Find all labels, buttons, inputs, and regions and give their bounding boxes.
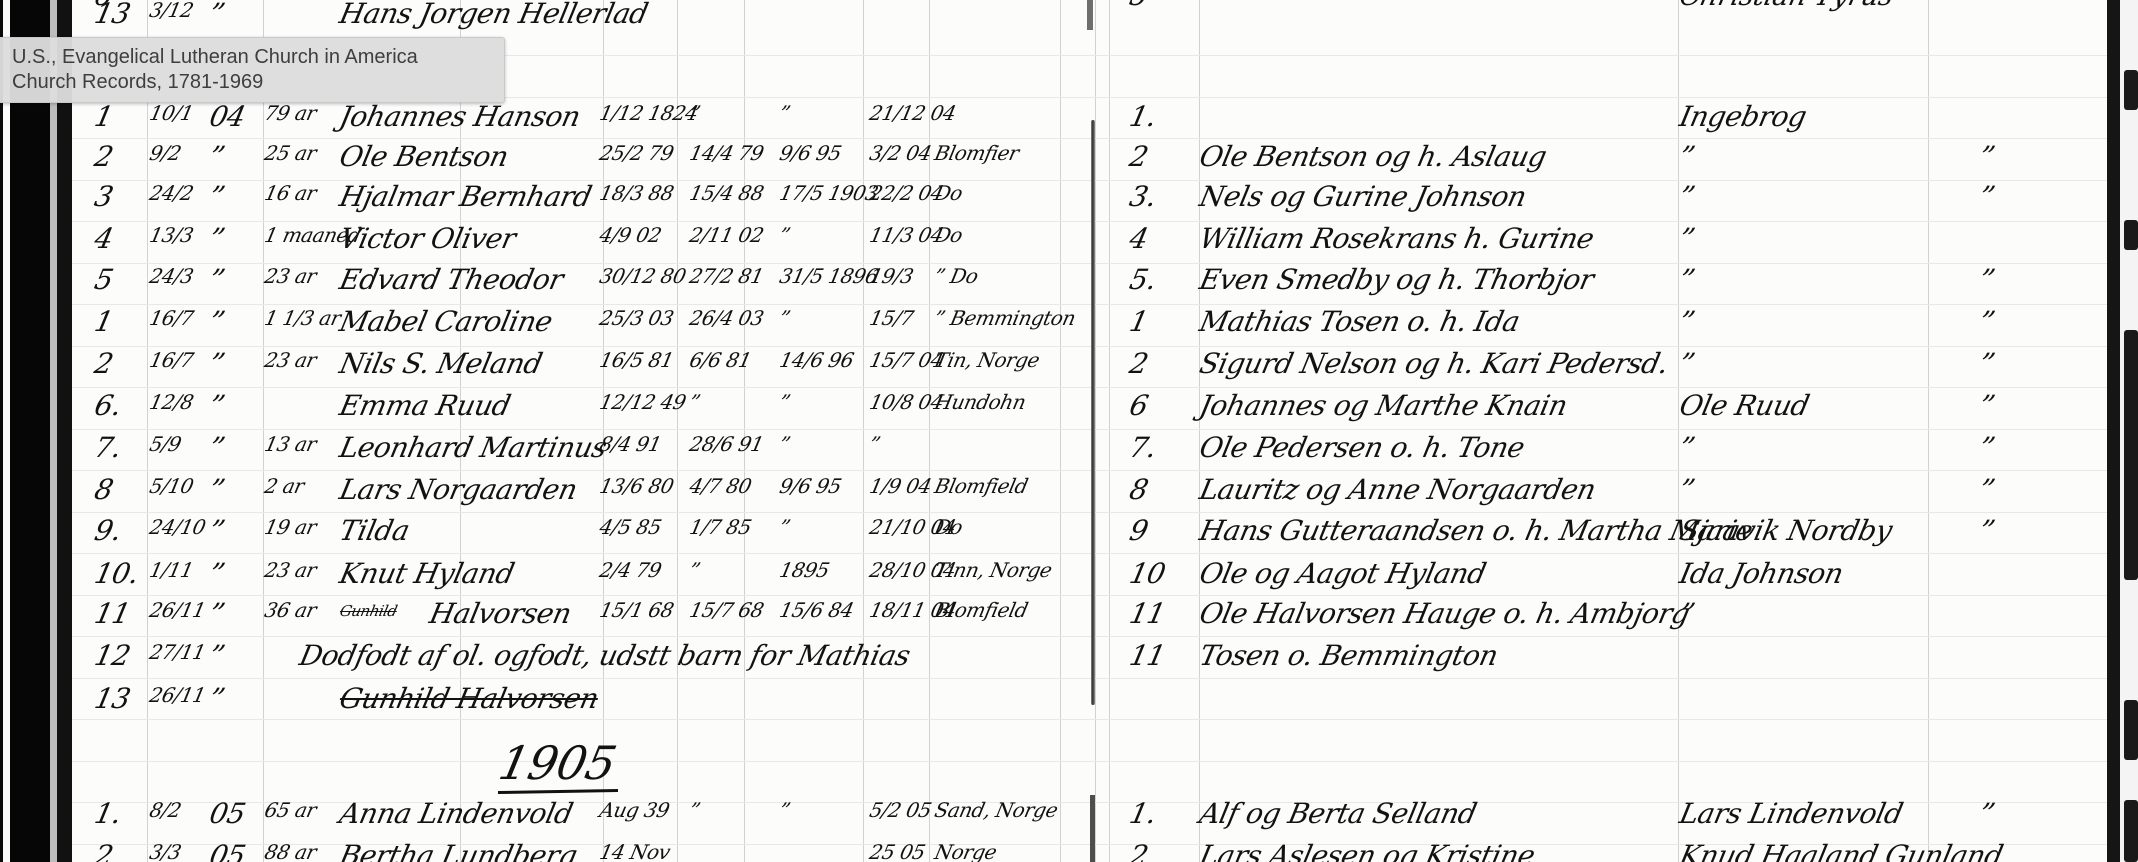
collection-tooltip: U.S., Evangelical Lutheran Church in Ame… [0,37,505,103]
entry-age: 79 ar [263,103,318,123]
column-rule [677,0,678,862]
entry-no: 1. [92,800,124,828]
entry-born: 14 Nov [598,842,672,862]
entry-bapt: 1/7 85 [688,517,753,537]
entry-date: 26/11 [148,685,207,705]
column-rule [863,0,864,862]
entry-sponsor: Ole Ruud [1677,392,1811,420]
entry-no: 13 [92,0,133,28]
entry-parents: Ole Bentson og h. Aslaug [1197,143,1549,171]
entry-sponsor: ” [1677,143,1697,171]
entry-no: 9. [92,517,124,545]
entry-age: 88 ar [263,842,318,862]
sponsor-name: Christian Tyrus [1677,0,1896,10]
entry-name: Knut Hyland [337,560,516,588]
entry-born: 8/4 91 [598,434,663,454]
entry-name: Dodfodt af ol. ogfodt, udstt barn for Ma… [297,642,912,670]
entry-mark: ” [1977,392,1997,420]
entry-rno: 2 [1127,143,1150,171]
entry-date: 24/2 [148,183,195,203]
entry-rno: 2 [1127,350,1150,378]
entry-yr: ” [207,476,227,504]
entry-name: Leonhard Martinus [337,434,609,462]
entry-name: Bertha Lundberg [337,842,579,862]
entry-no: 2 [92,350,115,378]
entry-age: 13 ar [263,434,318,454]
entry-yr: ” [207,0,227,28]
entry-conf: ” [778,800,792,820]
entry-place: Sand, Norge [933,800,1060,820]
entry-rno: 8 [1127,476,1150,504]
entry-parents: Mathias Tosen o. h. Ida [1197,308,1522,336]
entry-name: Anna Lindenvold [337,800,575,828]
entry-no: 4 [92,225,115,253]
entry-no: 11 [92,600,133,628]
entry-no: 3 [92,183,115,211]
entry-date: 12/8 [148,392,195,412]
entry-parents: Ole Halvorsen Hauge o. h. Ambjorg [1197,600,1692,628]
column-rule [1928,0,1929,862]
entry-bapt: ” [688,392,702,412]
entry-sponsor: Ida Johnson [1677,560,1845,588]
column-rule [929,0,930,862]
entry-mark: ” [1977,350,1997,378]
entry-place: Do [933,225,964,245]
entry-conf: 15/6 84 [778,600,855,620]
entry-name: Hjalmar Bernhard [337,183,594,211]
entry-date: 8/2 [148,800,183,820]
entry-date: 27/11 [148,642,207,662]
entry-death: 21/12 04 [868,103,958,123]
entry-name: Mabel Caroline [337,308,555,336]
entry-rno: 2 [1127,842,1150,862]
entry-age: 23 ar [263,350,318,370]
entry-parents: Tosen o. Bemmington [1197,642,1500,670]
entry-bapt: 15/7 68 [688,600,765,620]
entry-conf: 9/6 95 [778,143,843,163]
entry-death: 25 05 [868,842,927,862]
entry-sponsor: ” [1677,308,1697,336]
entry-parents: Sigurd Nelson og h. Kari Pedersd. [1197,350,1671,378]
entry-rno: 7. [1127,434,1159,462]
entry-no: 7. [92,434,124,462]
entry-sponsor: ” [1677,350,1697,378]
document-viewer[interactable]: 65Christian Tyrus110/10479 arJohannes Ha… [0,0,2138,862]
entry-no: 13 [92,685,133,713]
entry-yr: ” [207,517,227,545]
row-rule [72,387,2107,388]
entry-no: 1 [92,308,115,336]
entry-date: 5/9 [148,434,183,454]
entry-born: 25/3 03 [598,308,675,328]
entry-born: 15/1 68 [598,600,675,620]
entry-place: Tin, Norge [933,350,1041,370]
entry-rno: 10 [1127,560,1168,588]
entry-death: 19/3 [868,266,915,286]
entry-sponsor: Knud Haaland Gunland [1677,842,2005,862]
entry-age: 19 ar [263,517,318,537]
entry-conf: 1895 [778,560,831,580]
left-binding-edge [0,0,3,862]
row-rule [72,512,2107,513]
entry-age: 25 ar [263,143,318,163]
struck-name: Gunhild [338,604,398,619]
entry-name: Hans Jorgen Hellerlad [337,0,650,28]
entry-bapt: 26/4 03 [688,308,765,328]
entry-name: Nils S. Meland [337,350,544,378]
row-rule [72,470,2107,471]
entry-yr: ” [207,392,227,420]
entry-yr: ” [207,600,227,628]
entry-mark: ” [1977,434,1997,462]
entry-bapt: ” [688,560,702,580]
entry-date: 3/12 [148,0,195,20]
entry-bapt: 14/4 79 [688,143,765,163]
right-page-edge [2120,0,2138,862]
entry-no: 1 [92,103,115,131]
row-rule [72,138,2107,139]
entry-date: 9/2 [148,143,183,163]
column-rule [263,0,264,862]
entry-mark: ” [1977,517,1997,545]
entry-conf: 9/6 95 [778,476,843,496]
column-rule [1095,0,1096,862]
entry-born: 13/6 80 [598,476,675,496]
entry-age: 23 ar [263,560,318,580]
row-rule [72,429,2107,430]
entry-place: Blomfier [933,143,1021,163]
entry-born: 18/3 88 [598,183,675,203]
entry-place: Tinn, Norge [933,560,1054,580]
entry-conf: ” [778,517,792,537]
entry-date: 10/1 [148,103,195,123]
entry-mark: ” [1977,143,1997,171]
center-spine [1091,120,1095,705]
entry-name: Edvard Theodor [337,266,565,294]
column-rule [1199,0,1200,862]
entry-no: 12 [92,642,133,670]
entry-no: 10. [92,560,141,588]
row-rule [72,678,2107,679]
entry-no: 5 [92,266,115,294]
entry-mark: ” [1977,308,1997,336]
entry-place: Do [933,183,964,203]
entry-parents: Johannes og Marthe Knain [1197,392,1569,420]
entry-sponsor: ” [1677,225,1697,253]
center-spine-top [1087,0,1093,30]
entry-date: 26/11 [148,600,207,620]
entry-death: ” [868,434,882,454]
entry-place: Blomfield [933,600,1030,620]
entry-place: Blomfield [933,476,1030,496]
entry-place: ” Do [933,266,980,286]
register-number: 5 [1127,0,1150,10]
entry-place: Do [933,517,964,537]
entry-age: 16 ar [263,183,318,203]
entry-sponsor: Lars Lindenvold [1677,800,1905,828]
entry-rno: 1. [1127,800,1159,828]
entry-name: Ole Bentson [337,143,511,171]
entry-age: 65 ar [263,800,318,820]
entry-place: Hundohn [933,392,1028,412]
entry-bapt: 4/7 80 [688,476,753,496]
entry-rno: 6 [1127,392,1150,420]
entry-bapt: 15/4 88 [688,183,765,203]
entry-no: 8 [92,476,115,504]
row-rule [72,719,2107,720]
entry-date: 1/11 [148,560,195,580]
entry-born: 25/2 79 [598,143,675,163]
entry-death: 3/2 04 [868,143,933,163]
entry-yr: ” [207,308,227,336]
row-rule [72,761,2107,762]
entry-yr: ” [207,560,227,588]
entry-rno: 3. [1127,183,1159,211]
entry-parents: Ole Pedersen o. h. Tone [1197,434,1527,462]
row-rule [72,636,2107,637]
left-binding-gap [50,0,57,862]
entry-rno: 1. [1127,103,1159,131]
entry-parents: Nels og Gurine Johnson [1197,183,1529,211]
entry-born: 30/12 80 [598,266,688,286]
entry-born: 4/5 85 [598,517,663,537]
entry-born: 4/9 02 [598,225,663,245]
entry-date: 24/3 [148,266,195,286]
entry-no: 2 [92,143,115,171]
entry-name: Halvorsen [427,600,574,628]
column-rule [744,0,745,862]
entry-yr: ” [207,434,227,462]
entry-parents: Alf og Berta Selland [1197,800,1479,828]
entry-bapt: 27/2 81 [688,266,765,286]
entry-no: 2 [92,842,115,862]
entry-date: 13/3 [148,225,195,245]
entry-bapt: 6/6 81 [688,350,753,370]
column-rule [1060,0,1061,862]
entry-parents: Ole og Aagot Hyland [1197,560,1488,588]
entry-born: Aug 39 [598,800,671,820]
entry-death: 1/9 04 [868,476,933,496]
entry-parents: Hans Gutteraandsen o. h. Martha Marie [1197,517,1755,545]
entry-no: 6. [92,392,124,420]
entry-conf: ” [778,434,792,454]
entry-conf: 17/5 1903 [778,183,880,203]
entry-sponsor: ” [1677,434,1697,462]
entry-name: Johannes Hanson [337,103,583,131]
year-heading: 1905 [495,740,620,786]
entry-yr: 05 [207,800,248,828]
entry-name: Tilda [337,517,412,545]
entry-place: ” Bemmington [933,308,1077,328]
entry-yr: 04 [207,103,248,131]
left-binding-inner [57,0,72,862]
entry-parents: William Rosekrans h. Gurine [1197,225,1596,253]
entry-mark: ” [1977,266,1997,294]
entry-mark: ” [1977,476,1997,504]
entry-mark: ” [1977,183,1997,211]
entry-parents: Lauritz og Anne Norgaarden [1197,476,1598,504]
entry-yr: ” [207,685,227,713]
entry-date: 3/3 [148,842,183,862]
entry-rno: 9 [1127,517,1150,545]
entry-bapt: 2/11 02 [688,225,765,245]
entry-date: 24/10 [148,517,207,537]
entry-age: 2 ar [263,476,306,496]
entry-age: 23 ar [263,266,318,286]
entry-age: 36 ar [263,600,318,620]
entry-yr: ” [207,350,227,378]
entry-name: Emma Ruud [337,392,513,420]
entry-rno: 11 [1127,600,1168,628]
center-spine-bottom [1090,795,1095,862]
entry-sponsor: ” [1677,266,1697,294]
entry-rno: 4 [1127,225,1150,253]
entry-conf: ” [778,103,792,123]
entry-mark: ” [1977,800,1997,828]
entry-yr: ” [207,266,227,294]
entry-sponsor: ” [1677,183,1697,211]
entry-conf: 31/5 1896 [778,266,880,286]
row-rule [72,553,2107,554]
entry-name: Victor Oliver [337,225,518,253]
entry-yr: ” [207,183,227,211]
entry-bapt: ” [688,800,702,820]
left-binding [10,0,50,862]
entry-name: Lars Norgaarden [337,476,579,504]
entry-parents: Even Smedby og h. Thorbjor [1197,266,1596,294]
entry-rno: 5. [1127,266,1159,294]
entry-death: 5/2 05 [868,800,933,820]
entry-rno: 1 [1127,308,1150,336]
entry-date: 5/10 [148,476,195,496]
entry-born: 16/5 81 [598,350,675,370]
entry-conf: ” [778,308,792,328]
entry-rno: 11 [1127,642,1168,670]
entry-place: Norge [933,842,999,862]
entry-date: 16/7 [148,350,195,370]
entry-sponsor: Ingebrog [1677,103,1809,131]
entry-bapt: 28/6 91 [688,434,765,454]
entry-yr: ” [207,143,227,171]
column-rule [147,0,148,862]
entry-born: 2/4 79 [598,560,663,580]
entry-name: Gunhild Halvorsen [337,685,601,713]
entry-born: 12/12 49 [598,392,688,412]
entry-yr: ” [207,642,227,670]
entry-date: 16/7 [148,308,195,328]
entry-age: 1 1/3 ar [263,308,342,328]
tooltip-line-2: Church Records, 1781-1969 [12,70,492,95]
row-rule [72,595,2107,596]
entry-conf: ” [778,392,792,412]
entry-sponsor: Sjaavik Nordby [1677,517,1894,545]
entry-death: 15/7 [868,308,915,328]
tooltip-line-1: U.S., Evangelical Lutheran Church in Ame… [12,45,492,70]
right-binding [2107,0,2120,862]
entry-yr: 05 [207,842,248,862]
entry-sponsor: ” [1677,476,1697,504]
entry-yr: ” [207,225,227,253]
entry-conf: 14/6 96 [778,350,855,370]
column-rule [1109,0,1110,862]
entry-parents: Lars Aslesen og Kristine [1197,842,1537,862]
entry-born: 1/12 1824 [598,103,700,123]
entry-conf: ” [778,225,792,245]
